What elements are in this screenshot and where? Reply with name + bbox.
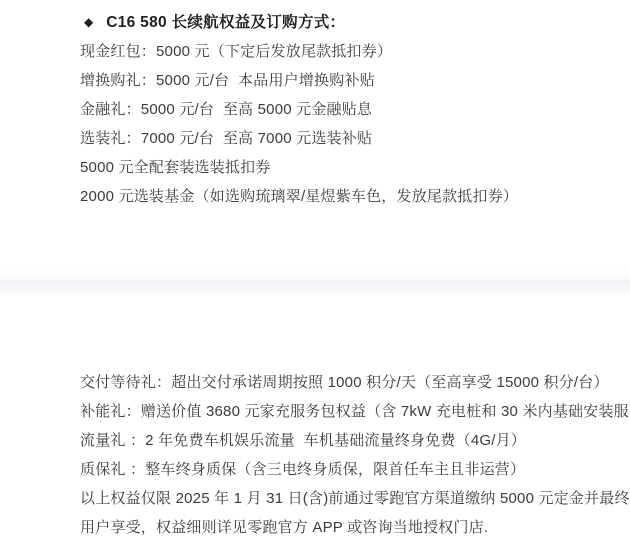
benefit-line-delivery-wait: 交付等待礼：超出交付承诺周期按照 1000 积分/天（至高享受 15000 积分… xyxy=(80,368,610,397)
section-title-text: C16 580 长续航权益及订购方式： xyxy=(106,8,345,37)
benefit-line-warranty: 质保礼 ：整车终身质保（含三电终身质保，限首任车主且非运营） xyxy=(80,455,610,484)
section-divider xyxy=(0,267,630,296)
benefits-section-services: 交付等待礼：超出交付承诺周期按照 1000 积分/天（至高享受 15000 积分… xyxy=(80,368,610,542)
disclaimer-line-1: 以上权益仅限 2025 年 1 月 31 日(含)前通过零跑官方渠道缴纳 500… xyxy=(80,484,610,513)
diamond-bullet-icon: ◆ xyxy=(84,8,93,37)
benefit-line-finance: 金融礼：5000 元/台 至高 5000 元金融贴息 xyxy=(80,95,610,124)
section-title: ◆ C16 580 长续航权益及订购方式： xyxy=(80,8,610,37)
benefit-line-data-plan: 流量礼 ：2 年免费车机娱乐流量 车机基础流量终身免费（4G/月） xyxy=(80,426,610,455)
benefit-line-trade-in: 增换购礼：5000 元/台 本品用户增换购补贴 xyxy=(80,66,610,95)
benefit-line-option-fund: 2000 元选装基金（如选购琉璃翠/星煜紫车色，发放尾款抵扣券） xyxy=(80,182,610,211)
benefit-line-options: 选装礼：7000 元/台 至高 7000 元选装补贴 xyxy=(80,124,610,153)
benefit-line-package-coupon: 5000 元全配套装选装抵扣券 xyxy=(80,153,610,182)
benefit-line-cash-redpacket: 现金红包：5000 元（下定后发放尾款抵扣券） xyxy=(80,37,610,66)
benefits-section-order: ◆ C16 580 长续航权益及订购方式： 现金红包：5000 元（下定后发放尾… xyxy=(80,8,610,211)
benefit-line-charging: 补能礼：赠送价值 3680 元家充服务包权益（含 7kW 充电桩和 30 米内基… xyxy=(80,397,610,426)
document-page: ◆ C16 580 长续航权益及订购方式： 现金红包：5000 元（下定后发放尾… xyxy=(0,0,630,556)
disclaimer-line-2: 用户享受，权益细则详见零跑官方 APP 或咨询当地授权门店. xyxy=(80,513,610,542)
